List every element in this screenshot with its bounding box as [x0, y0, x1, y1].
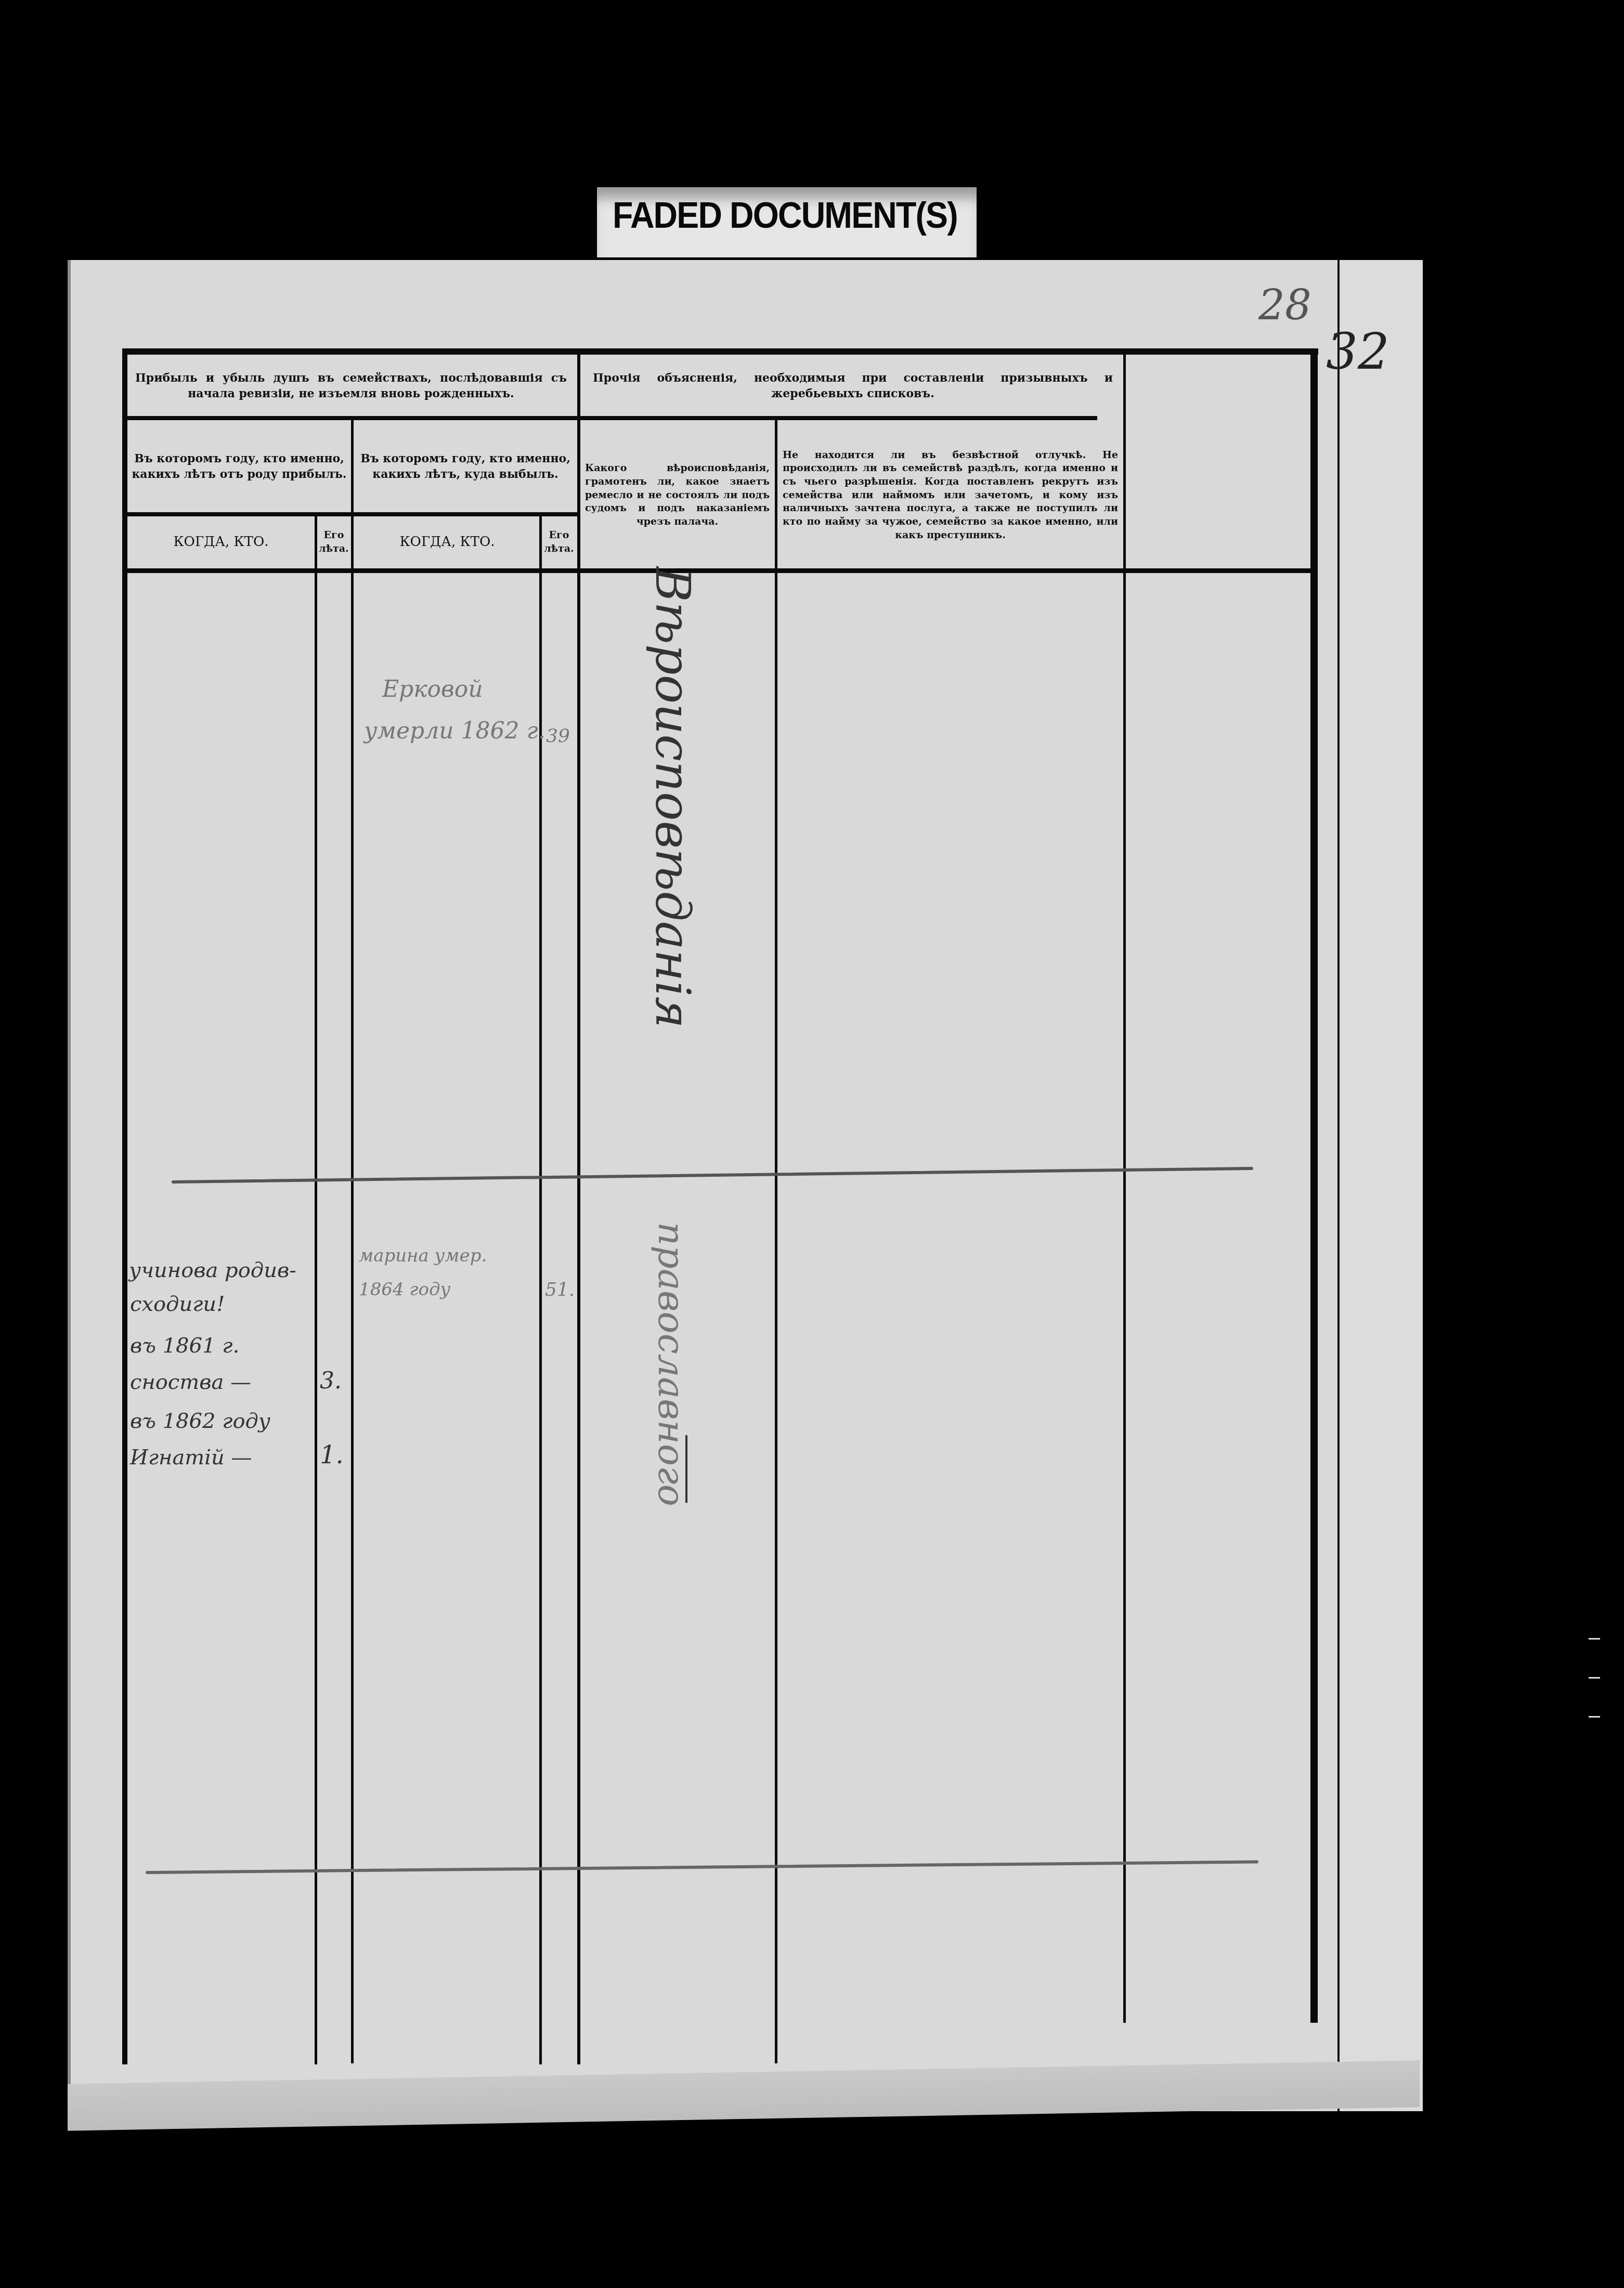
entry2-gain-line2: сходиги! [130, 1292, 225, 1316]
header-religion: Какого вѣроисповѣданія, грамотенъ ли, ка… [585, 426, 770, 564]
entry2-gain-age-2: 1. [320, 1440, 344, 1470]
rule-header-bottom [125, 568, 1316, 573]
entry2-religion: православного [650, 1222, 693, 1638]
col-rule-gain-age [315, 515, 317, 2064]
header-gain-when-who: КОГДА, КТО. [130, 517, 312, 567]
new-page-number: 32 [1326, 322, 1389, 381]
entry2-loss-age: 51. [545, 1279, 575, 1301]
entry2-gain-line1: учинова родив- [129, 1258, 296, 1282]
film-tick [1589, 1716, 1600, 1718]
header-gain-age: Его лѣта. [318, 517, 349, 567]
film-tick [1589, 1638, 1600, 1640]
faded-document-stamp: FADED DOCUMENT(S) [597, 187, 977, 257]
entry2-gain-line3: въ 1861 г. [130, 1334, 239, 1358]
entry2-gain-age-1: 3. [320, 1368, 342, 1394]
entry2-gain-line4: сноства — [130, 1370, 251, 1394]
col-rule-absence [775, 420, 777, 2063]
entry2-gain-line6: Игнатій — [130, 1446, 252, 1470]
col-rule-group2 [577, 354, 580, 2064]
film-tick [1589, 1677, 1600, 1679]
entry1-loss-date: умерли 1862 г. [364, 718, 545, 744]
entry2-gain-line5: въ 1862 году [130, 1409, 270, 1433]
entry1-loss-name: Ерковой [382, 676, 483, 703]
header-other-explanations-title: Прочія объясненія, необходимыя при соста… [593, 359, 1113, 413]
header-absence: Не находится ли въ безвѣстной отлучкѣ. Н… [783, 424, 1118, 567]
entry1-loss-age: 39 [546, 725, 570, 747]
table-left-rule [122, 348, 127, 2064]
header-gain-title: Въ которомъ году, кто именно, какихъ лѣт… [130, 424, 348, 510]
header-gain-loss-title: Прибыль и убыль душъ въ семействахъ, пос… [135, 359, 567, 413]
header-loss-age: Его лѣта. [543, 517, 575, 567]
col-rule-loss [351, 420, 354, 2063]
rule-group-bottom [125, 416, 1097, 420]
entry2-loss-name: марина умер. [359, 1245, 487, 1266]
entry2-religion-dash [685, 1435, 687, 1503]
header-lottery [1128, 367, 1308, 567]
header-loss-when-who: КОГДА, КТО. [356, 517, 538, 567]
old-page-number: 28 [1258, 281, 1311, 329]
stamp-label: FADED DOCUMENT(S) [613, 194, 957, 236]
entry1-religion: Вѣроисповѣданія [645, 567, 700, 1139]
col-rule-loss-age [539, 515, 542, 2064]
header-loss-title: Въ которомъ году, кто именно, какихъ лѣт… [356, 424, 575, 510]
table-right-rule [1310, 354, 1318, 2023]
col-rule-lottery [1123, 354, 1126, 2023]
table-top-rule [122, 348, 1318, 355]
entry2-loss-date: 1864 году [359, 1279, 450, 1300]
